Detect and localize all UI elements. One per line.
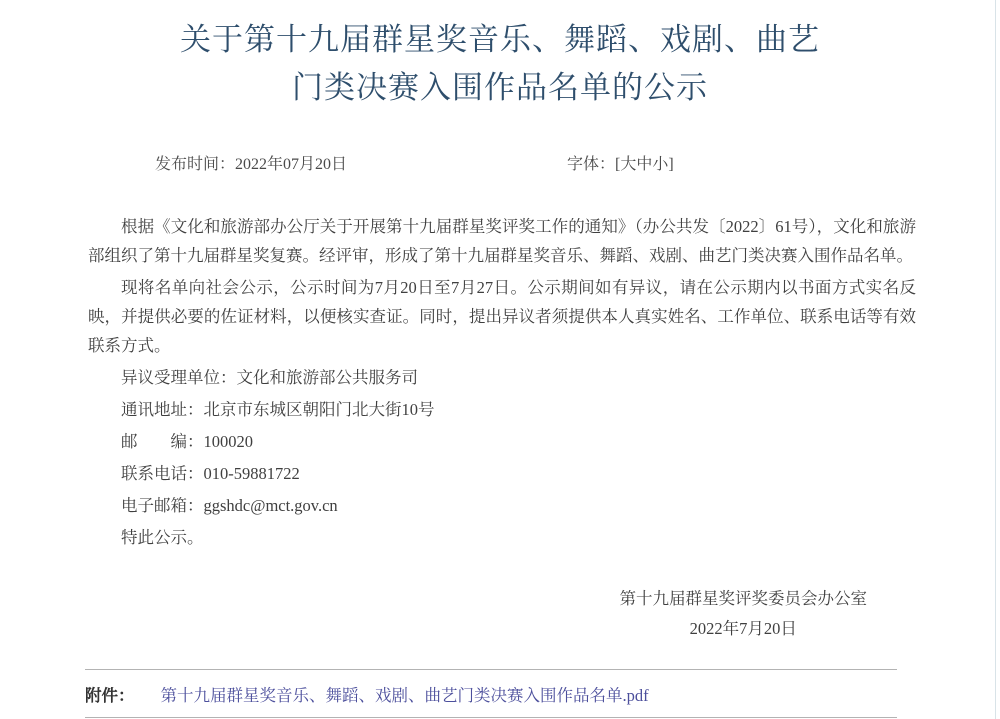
page-title: 关于第十九届群星奖音乐、舞蹈、戏剧、曲艺 门类决赛入围作品名单的公示 (0, 16, 1000, 112)
dispute-unit-line: 异议受理单位：文化和旅游部公共服务司 (88, 363, 916, 392)
font-size-control: 字体：[大中小] (567, 151, 674, 174)
publish-time-value: 2022年07月20日 (235, 156, 347, 173)
paragraph-basis: 根据《文化和旅游部办公厅关于开展第十九届群星奖评奖工作的通知》（办公共发〔202… (88, 212, 916, 270)
announcement-body: 根据《文化和旅游部办公厅关于开展第十九届群星奖评奖工作的通知》（办公共发〔202… (88, 212, 916, 555)
attachment-link[interactable]: 第十九届群星奖音乐、舞蹈、戏剧、曲艺门类决赛入围作品名单.pdf (161, 682, 649, 706)
publish-time: 发布时间：2022年07月20日 (155, 151, 347, 174)
mailing-address-line: 通讯地址：北京市东城区朝阳门北大街10号 (88, 395, 916, 424)
paragraph-publicity: 现将名单向社会公示，公示时间为7月20日至7月27日。公示期间如有异议，请在公示… (88, 273, 916, 360)
attachment-section: 附件： 第十九届群星奖音乐、舞蹈、戏剧、曲艺门类决赛入围作品名单.pdf (85, 669, 897, 718)
signature-date: 2022年7月20日 (620, 614, 868, 644)
page-title-line1: 关于第十九届群星奖音乐、舞蹈、戏剧、曲艺 (0, 16, 1000, 64)
announcement-page: 关于第十九届群星奖音乐、舞蹈、戏剧、曲艺 门类决赛入围作品名单的公示 发布时间：… (0, 0, 1000, 719)
attachment-label: 附件： (85, 682, 135, 706)
phone-line: 联系电话：010-59881722 (88, 459, 916, 488)
closing-line: 特此公示。 (88, 523, 916, 552)
postal-code-line: 邮 编：100020 (88, 427, 916, 456)
meta-row: 发布时间：2022年07月20日 字体：[大中小] (0, 151, 1000, 177)
signature-block: 第十九届群星奖评奖委员会办公室 2022年7月20日 (620, 584, 868, 644)
signature-org: 第十九届群星奖评奖委员会办公室 (620, 584, 868, 614)
email-line: 电子邮箱：ggshdc@mct.gov.cn (88, 491, 916, 520)
page-title-line2: 门类决赛入围作品名单的公示 (0, 64, 1000, 112)
font-size-label: 字体： (567, 156, 615, 173)
font-size-selector[interactable]: [大中小] (615, 156, 674, 173)
publish-time-label: 发布时间： (155, 156, 235, 173)
